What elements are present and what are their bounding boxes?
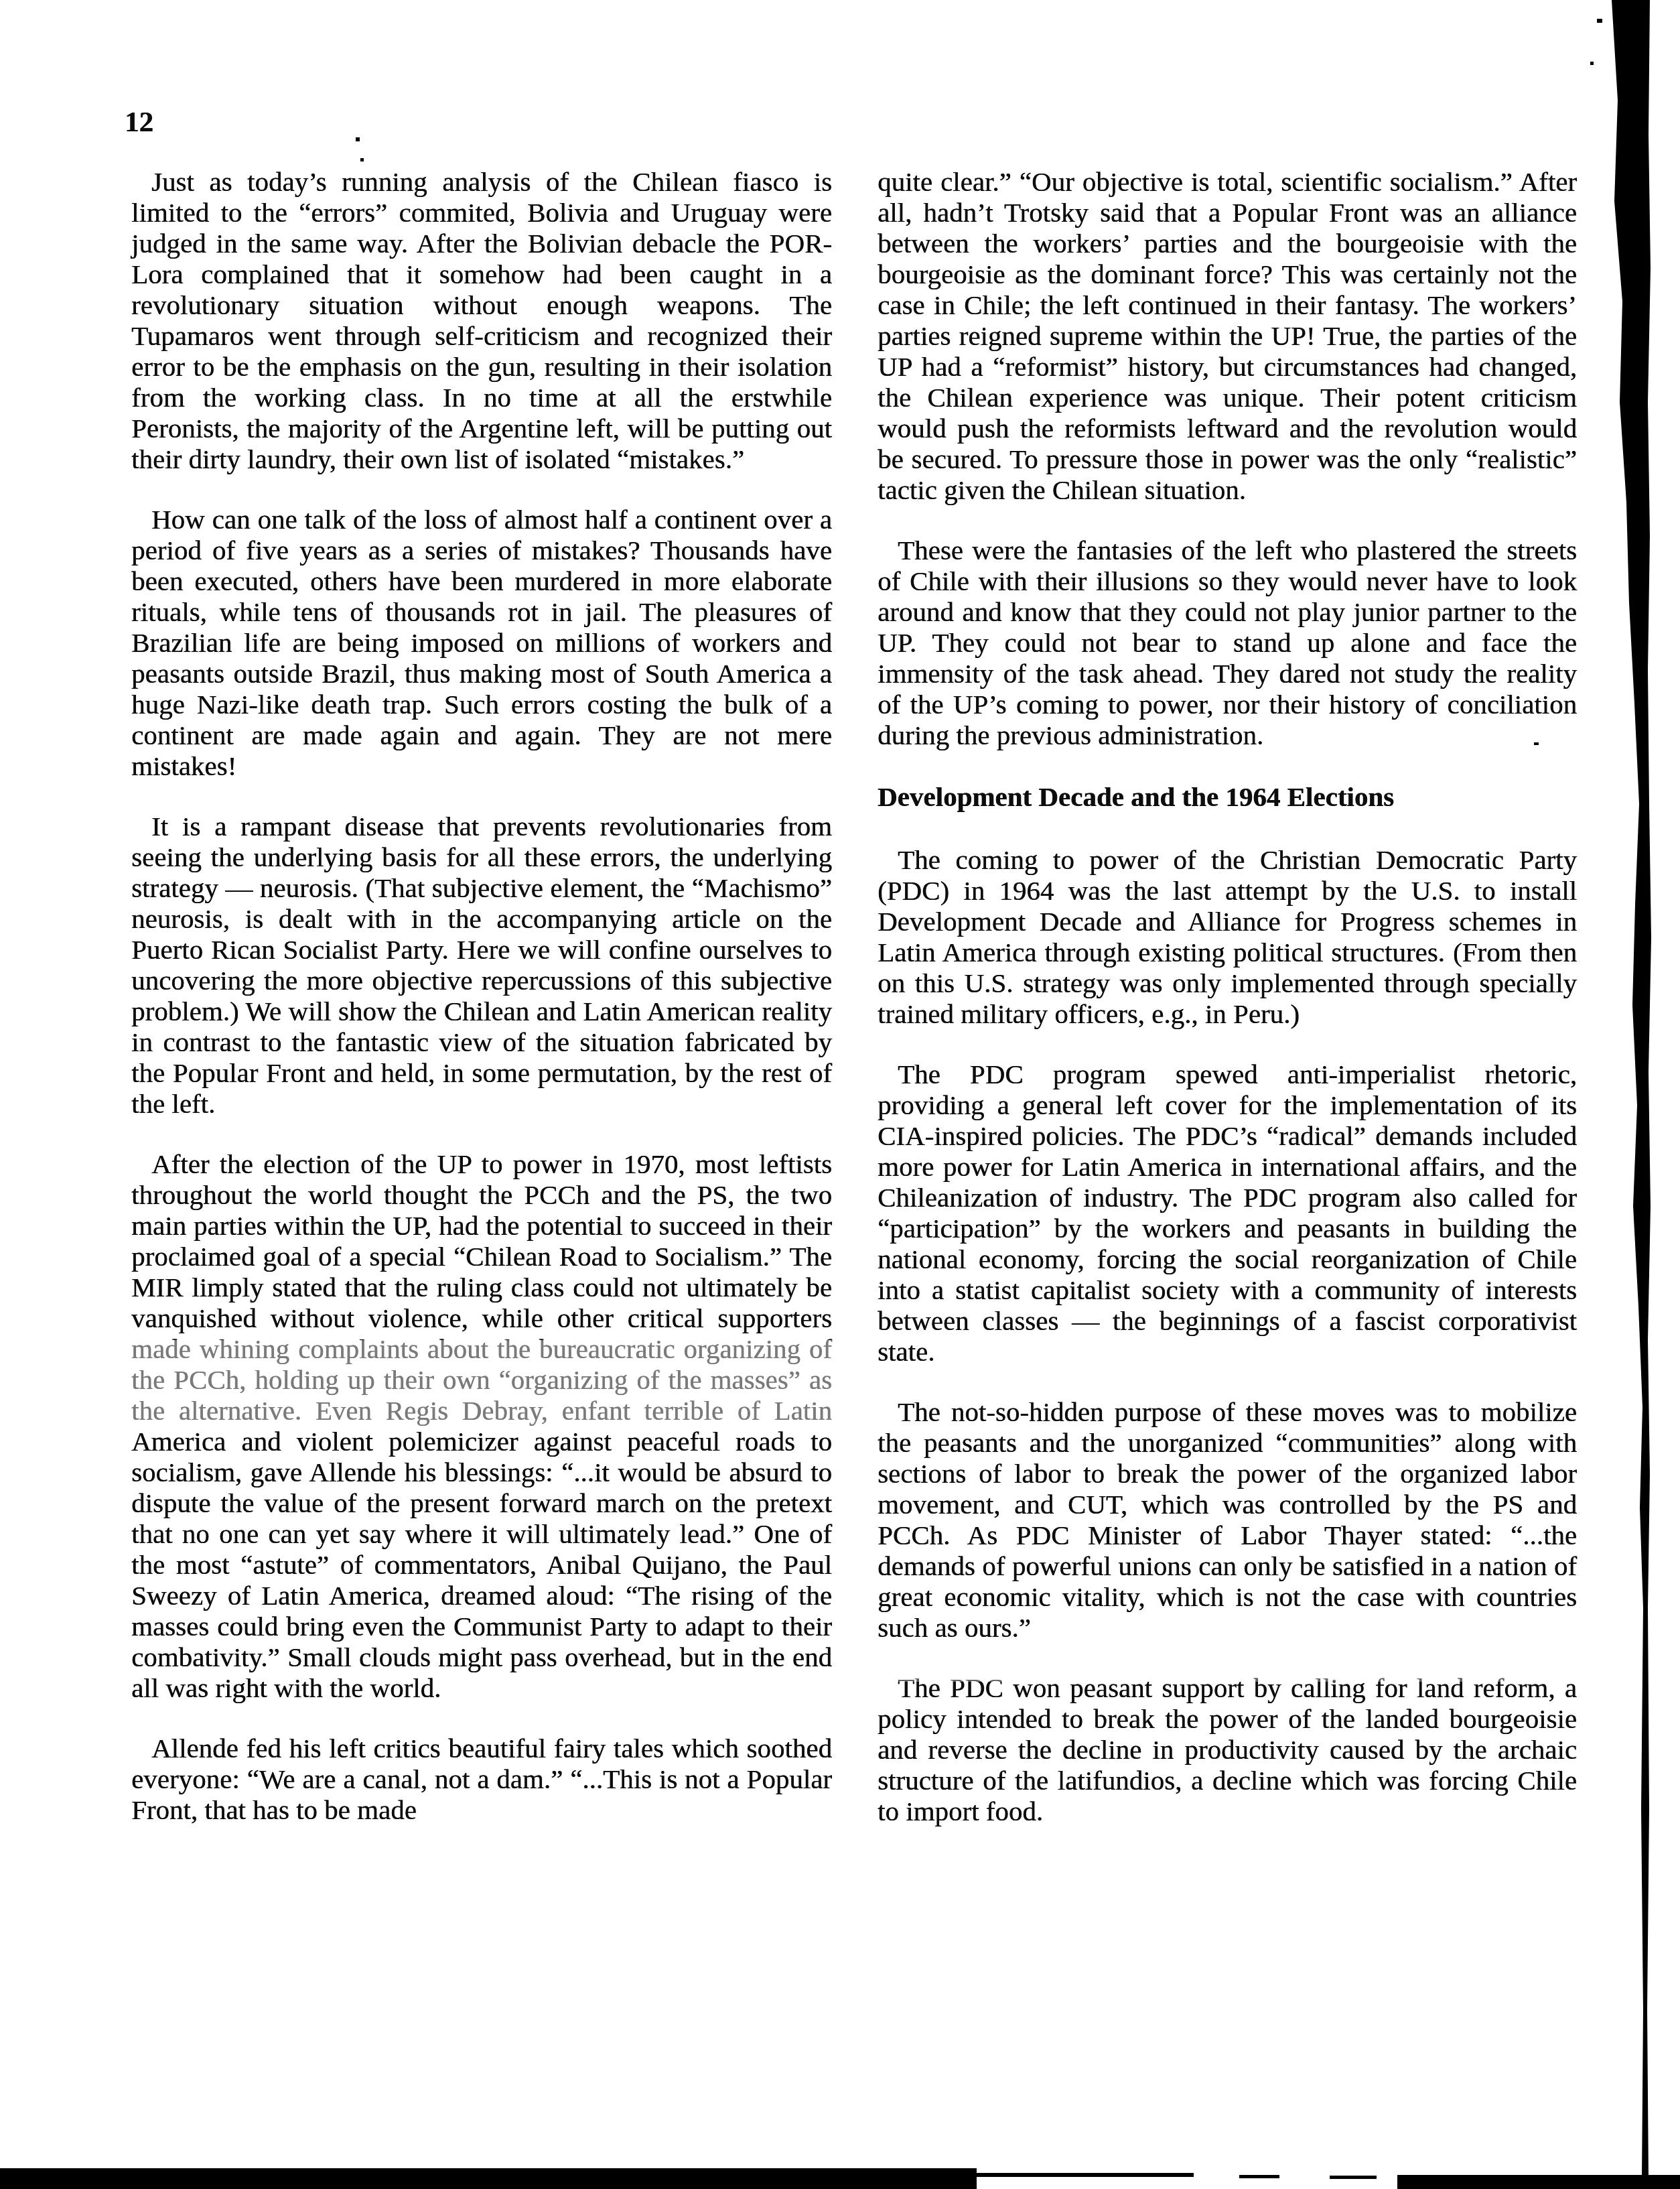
paragraph: It is a rampant disease that prevents re… <box>131 811 832 1119</box>
section-heading: Development Decade and the 1964 Election… <box>878 781 1577 812</box>
scan-artifact-right-streak <box>1612 0 1651 2179</box>
scan-speck <box>1590 62 1594 65</box>
scan-speck <box>356 137 360 141</box>
scan-artifact-bottom-dash <box>1330 2176 1377 2179</box>
paragraph: Just as today’s running analysis of the … <box>131 166 832 474</box>
paragraph: The coming to power of the Christian Dem… <box>878 844 1577 1029</box>
scan-speck <box>360 158 364 161</box>
paragraph: The PDC won peasant support by calling f… <box>878 1672 1577 1827</box>
paragraph: These were the fantasies of the left who… <box>878 535 1577 750</box>
right-column: quite clear.” “Our objective is total, s… <box>878 166 1577 1827</box>
paragraph: After the election of the UP to power in… <box>131 1148 832 1703</box>
scan-artifact-bottom-right-bar <box>1397 2175 1680 2189</box>
paragraph: The PDC program spewed anti-imperialist … <box>878 1059 1577 1367</box>
page-number: 12 <box>125 106 153 139</box>
scan-artifact-bottom-line <box>973 2173 1194 2177</box>
paragraph: The not-so-hidden purpose of these moves… <box>878 1396 1577 1643</box>
scan-artifact-bottom-left-bar <box>0 2168 977 2189</box>
paragraph: Allende fed his left critics beautiful f… <box>131 1733 832 1825</box>
paragraph: How can one talk of the loss of almost h… <box>131 504 832 781</box>
paragraph: quite clear.” “Our objective is total, s… <box>878 166 1577 505</box>
scan-speck <box>1597 19 1602 23</box>
left-column: Just as today’s running analysis of the … <box>131 166 832 1825</box>
scan-artifact-bottom-dash <box>1239 2175 1279 2178</box>
